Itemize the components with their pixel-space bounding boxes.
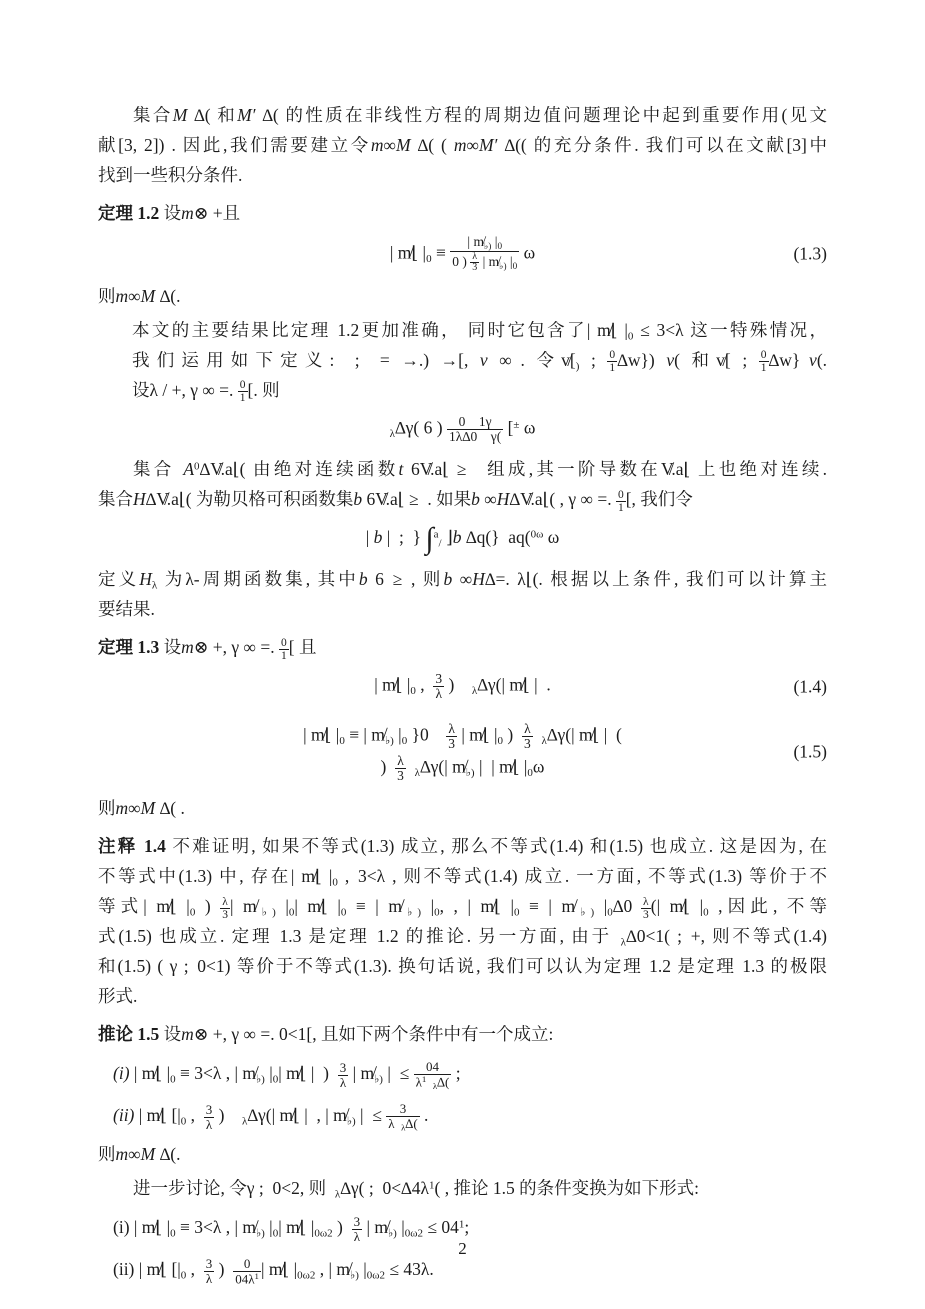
para-sets: 集合 A0∆V̸.a⌊( 由绝对连续函数t 6V̸.a⌊ ≥ 组成,其一阶导数在…	[98, 454, 827, 514]
equation-tag: (1.5)	[793, 742, 827, 763]
then-3: 则m∞M ∆(.	[98, 1139, 827, 1169]
eq-1-3: | m̸⌊ |0 ≡ | m̸♭) |00 ) λ3 | m̸♭) |0 ω(1…	[98, 228, 827, 281]
remark-1-4: 注释 1.4 不难证明, 如果不等式(1.3) 成立, 那么不等式(1.4) 和…	[98, 831, 827, 1011]
theorem-1-2: 定理 1.2 设m⊗ +且	[98, 198, 827, 228]
cor-item-i: (i) | m̸⌊ |0 ≡ 3<λ , | m̸♭) |0| m̸⌊ | ) …	[98, 1055, 827, 1091]
eq-norm-b: | b | ; } ∫a/ ⌋b ∆q(} aq(0ω ω	[98, 514, 827, 564]
para-further: 进一步讨论, 令γ ; 0<2, 则 λ∆γ( ; 0<∆4λ1( , 推论 1…	[98, 1173, 827, 1203]
para-intro: 集合M ∆( 和M′ ∆( 的性质在非线性方程的周期边值问题理论中起到重要作用(…	[98, 100, 827, 190]
then-1: 则m∞M ∆(.	[98, 281, 827, 311]
equation-tag: (1.3)	[793, 244, 827, 265]
para-main-result: 本文的主要结果比定理 1.2更加准确， 同时它包含了| m̸⌊ |0 ≤ 3<λ…	[98, 315, 827, 405]
then-2: 则m∞M ∆( .	[98, 793, 827, 823]
eq-1-4: | m̸⌊ |0 , 3λ ) λ∆γ(| m̸⌊ | .(1.4)	[98, 662, 827, 711]
corollary-1-5: 推论 1.5 设m⊗ +, γ ∞ =. 0<1[, 且如下两个条件中有一个成立…	[98, 1019, 827, 1049]
eq-lambda: λ∆γ( 6 ) 0 1γ1λ∆0 γ( [± ω	[98, 405, 827, 454]
page-number: 2	[0, 1239, 925, 1259]
page-content: 集合M ∆( 和M′ ∆( 的性质在非线性方程的周期边值问题理论中起到重要作用(…	[0, 0, 925, 1287]
theorem-1-3: 定理 1.3 设m⊗ +, γ ∞ =. 01[ 且	[98, 632, 827, 662]
equation-tag: (1.4)	[793, 676, 827, 697]
cor-item-ii: (ii) | m̸⌊ [|0 , 3λ ) λ∆γ(| m̸⌊ | , | m̸…	[98, 1097, 827, 1133]
para-define: 定义Hλ 为λ-周期函数集, 其中b 6 ≥ , 则b ∞H∆=. λ⌊(. 根…	[98, 564, 827, 624]
eq-1-5: | m̸⌊ |0 ≡ | m̸♭) |0 }0 λ3 | m̸⌊ |0 ) λ3…	[98, 712, 827, 794]
document-page: 集合M ∆( 和M′ ∆( 的性质在非线性方程的周期边值问题理论中起到重要作用(…	[0, 0, 925, 1309]
